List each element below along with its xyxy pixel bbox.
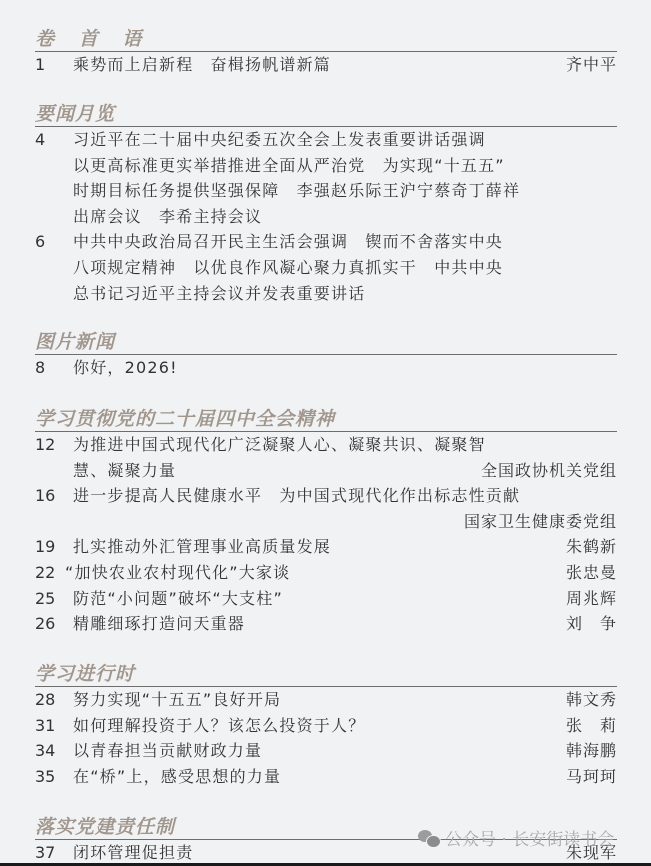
entry-title: 努力实现“十五五”良好开局 — [73, 687, 617, 713]
page-number: 37 — [35, 840, 71, 866]
section-juanshouyu: 卷 首 语 1 乘势而上启新程 奋楫扬帆谱新篇 齐中平 — [35, 27, 617, 78]
entry-author: 齐中平 — [566, 52, 617, 78]
entry-title: 以青春担当贡献财政力量 — [73, 738, 617, 764]
entry-title: 在“桥”上，感受思想的力量 — [73, 764, 617, 790]
page-number: 4 — [35, 127, 71, 153]
toc-entry[interactable]: 12 为推进中国式现代化广泛凝聚人心、凝聚共识、凝聚智 慧、凝聚力量 全国政协机… — [35, 432, 617, 483]
page-number: 8 — [35, 355, 71, 381]
section-tupian-xinwen: 图片新闻 8 你好，2026! — [35, 330, 617, 381]
toc-entry[interactable]: 34 以青春担当贡献财政力量 韩海鹏 — [35, 738, 617, 764]
page-number: 12 — [35, 432, 71, 458]
toc-entry[interactable]: 26 精雕细琢打造问天重器 刘 争 — [35, 611, 617, 637]
entry-title: 乘势而上启新程 奋楫扬帆谱新篇 — [73, 52, 617, 78]
section-xuexi-jinxingshi: 学习进行时 28 努力实现“十五五”良好开局 韩文秀 31 如何理解投资于人？该… — [35, 662, 617, 789]
watermark-text: 公众号 · 长安街读书会 — [445, 825, 614, 850]
section-header: 图片新闻 — [35, 330, 617, 355]
page-number: 26 — [35, 611, 71, 637]
page-number: 28 — [35, 687, 71, 713]
entry-author: 张忠曼 — [566, 560, 617, 586]
page-number: 22 — [35, 560, 71, 586]
entry-title: 如何理解投资于人？该怎么投资于人？ — [73, 713, 617, 739]
section-yaowen-yuelan: 要闻月览 4 习近平在二十届中央纪委五次全会上发表重要讲话强调 以更高标准更实举… — [35, 102, 617, 306]
entry-author: 国家卫生健康委党组 — [464, 509, 617, 535]
section-header: 学习进行时 — [35, 662, 617, 687]
section-header: 要闻月览 — [35, 102, 617, 127]
watermark: 公众号 · 长安街读书会 — [418, 825, 614, 850]
entry-author: 马珂珂 — [566, 764, 617, 790]
page-number: 31 — [35, 713, 71, 739]
entry-title: 精雕细琢打造问天重器 — [73, 611, 617, 637]
entry-title: 扎实推动外汇管理事业高质量发展 — [73, 534, 617, 560]
page-number: 1 — [35, 52, 71, 78]
page-number: 6 — [35, 229, 71, 255]
entry-title: 你好，2026! — [73, 355, 617, 381]
toc-entry[interactable]: 19 扎实推动外汇管理事业高质量发展 朱鹤新 — [35, 534, 617, 560]
entry-title: “加快农业农村现代化”大家谈 — [65, 560, 617, 586]
entry-author: 韩文秀 — [566, 687, 617, 713]
toc-entry[interactable]: 6 中共中央政治局召开民主生活会强调 锲而不舍落实中央 八项规定精神 以优良作风… — [35, 229, 617, 306]
toc-entry[interactable]: 35 在“桥”上，感受思想的力量 马珂珂 — [35, 764, 617, 790]
entry-author: 韩海鹏 — [566, 738, 617, 764]
section-sizhong-quanhui: 学习贯彻党的二十届四中全会精神 12 为推进中国式现代化广泛凝聚人心、凝聚共识、… — [35, 407, 617, 637]
toc-entry[interactable]: 1 乘势而上启新程 奋楫扬帆谱新篇 齐中平 — [35, 52, 617, 78]
toc-entry[interactable]: 25 防范“小问题”破坏“大支柱” 周兆辉 — [35, 586, 617, 612]
section-header: 学习贯彻党的二十届四中全会精神 — [35, 407, 617, 432]
entry-title: 习近平在二十届中央纪委五次全会上发表重要讲话强调 以更高标准更实举措推进全面从严… — [73, 127, 617, 229]
entry-title: 中共中央政治局召开民主生活会强调 锲而不舍落实中央 八项规定精神 以优良作风凝心… — [73, 229, 617, 306]
page-number: 19 — [35, 534, 71, 560]
entry-author: 朱鹤新 — [566, 534, 617, 560]
entry-author: 刘 争 — [566, 611, 617, 637]
toc-entry[interactable]: 16 进一步提高人民健康水平 为中国式现代化作出标志性贡献 国家卫生健康委党组 — [35, 483, 617, 534]
wechat-icon — [418, 829, 440, 847]
page-number: 16 — [35, 483, 71, 509]
page-number: 34 — [35, 738, 71, 764]
entry-author: 张 莉 — [566, 713, 617, 739]
toc-entry[interactable]: 8 你好，2026! — [35, 355, 617, 381]
toc-entry[interactable]: 28 努力实现“十五五”良好开局 韩文秀 — [35, 687, 617, 713]
entry-title: 防范“小问题”破坏“大支柱” — [73, 586, 617, 612]
toc-entry[interactable]: 31 如何理解投资于人？该怎么投资于人？ 张 莉 — [35, 713, 617, 739]
toc-entry[interactable]: 22 “加快农业农村现代化”大家谈 张忠曼 — [35, 560, 617, 586]
page-number: 35 — [35, 764, 71, 790]
entry-author: 全国政协机关党组 — [481, 458, 617, 484]
page-number: 25 — [35, 586, 71, 612]
section-header: 卷 首 语 — [35, 27, 617, 52]
entry-author: 周兆辉 — [566, 586, 617, 612]
toc-entry[interactable]: 4 习近平在二十届中央纪委五次全会上发表重要讲话强调 以更高标准更实举措推进全面… — [35, 127, 617, 229]
